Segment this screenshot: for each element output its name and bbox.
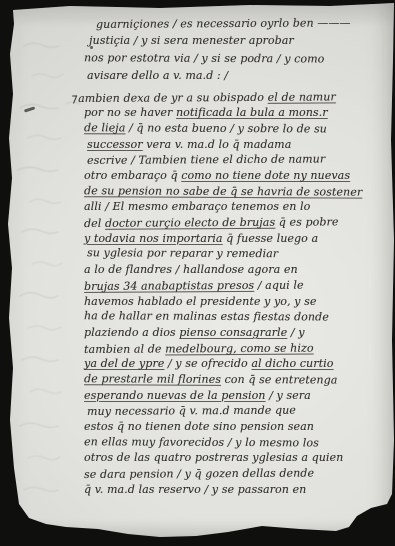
manuscript-line: escrive / Tambien tiene el dicho de namu… (84, 151, 392, 169)
manuscript-line: alli / El mesmo embaraço tenemos en lo (84, 199, 392, 215)
manuscript-line: tambien al de medelbourg, como se hizo (84, 340, 392, 358)
manuscript-text-segment: al dicho curtio (251, 357, 333, 370)
manuscript-text-segment: escrive / Tambien tiene el dicho de namu… (87, 153, 325, 167)
manuscript-text-segment: su yglesia por reparar y remediar (87, 247, 278, 261)
manuscript-page: guarniçiones / es necessario oyrlo ben —… (0, 0, 395, 546)
manuscript-text-segment: nos por estotra via / y si se podra / y … (84, 51, 324, 65)
manuscript-text-segment: del (84, 217, 105, 230)
manuscript-line: havemos hablado el presidente y yo, y se (84, 294, 392, 310)
manuscript-text-segment: q̄ v. ma.d las reservo / y se passaron e… (84, 483, 306, 496)
manuscript-text-segment: otro embaraço q̄ (84, 169, 181, 182)
manuscript-line: plaziendo a dios pienso consagrarle / y (84, 325, 392, 341)
manuscript-line: estos q̄ no tienen dote sino pension sea… (84, 419, 392, 435)
manuscript-text-segment: avisare dello a v. ma.d : / (87, 69, 228, 82)
manuscript-line: ⁊ambien dexa de yr a su obispado el de n… (84, 89, 392, 107)
manuscript-line: muy necessario q̄ v. ma.d mande que (84, 402, 392, 420)
manuscript-text-segment: / y (287, 326, 304, 339)
manuscript-line: se dara pension / y q̄ gozen dellas dend… (84, 465, 392, 483)
manuscript-text-segment: brujas 34 anabaptistas presos (84, 279, 254, 293)
manuscript-text-segment: otros de las quatro postreras yglesias a… (84, 451, 343, 464)
manuscript-line: ya del de ypre / y se ofrecido al dicho … (84, 356, 392, 372)
manuscript-line: justiçia / y si sera menester aprobar (84, 32, 392, 49)
manuscript-line: en ellas muy favorecidos / y lo mesmo lo… (84, 434, 392, 451)
manuscript-line: successor vera v. ma.d lo q̄ madama (84, 137, 392, 153)
manuscript-text-segment: ambien dexa de yr a su obispado (78, 90, 268, 104)
manuscript-text-segment: y todavia nos importaria (84, 232, 223, 245)
manuscript-text-segment: doctor curçio electo de brujas (105, 216, 275, 230)
photographed-book-background: guarniçiones / es necessario oyrlo ben —… (0, 0, 395, 546)
manuscript-text-segment: muy necessario q̄ v. ma.d mande que (87, 404, 296, 418)
manuscript-text-segment: q̄ fuesse luego a (223, 232, 319, 245)
manuscript-text-segment: / y sera (266, 389, 311, 402)
manuscript-line: brujas 34 anabaptistas presos / aqui le (84, 277, 392, 295)
manuscript-line: nos por estotra via / y si se podra / y … (84, 49, 392, 68)
manuscript-line: por no se haver notificada la bula a mon… (84, 105, 392, 121)
manuscript-line: de su pension no sabe de q̄ se havria de… (84, 183, 392, 200)
manuscript-line: q̄ v. ma.d las reservo / y se passaron e… (84, 482, 392, 498)
manuscript-line: ha de hallar en malinas estas fiestas do… (84, 308, 392, 325)
manuscript-text-segment: por no se haver (84, 106, 176, 119)
manuscript-text-segment: a lo de flandres / hallandose agora en (84, 263, 298, 276)
manuscript-line: a lo de flandres / hallandose agora en (84, 262, 392, 278)
manuscript-text-segment: notificada la bula a mons.r (176, 106, 328, 119)
manuscript-text-segment: / q̄ no esta bueno / y sobre lo de su (125, 121, 327, 135)
manuscript-line: esperando nuevas de la pension / y sera (84, 388, 392, 404)
manuscript-text-segment: guarniçiones / es necessario oyrlo ben —… (96, 16, 351, 31)
manuscript-text-segment: successor (87, 138, 143, 151)
manuscript-line: guarniçiones / es necessario oyrlo ben —… (84, 14, 392, 33)
manuscript-text-segment: / y se ofrecido (164, 357, 251, 370)
manuscript-text-segment: havemos hablado el presidente y yo, y se (84, 295, 316, 308)
manuscript-text-segment: esperando nuevas de la pension (84, 389, 266, 402)
manuscript-text-segment: como no tiene dote ny nuevas (181, 169, 350, 182)
manuscript-text-segment: se dara pension / y q̄ gozen dellas dend… (84, 467, 314, 481)
manuscript-line: otro embaraço q̄ como no tiene dote ny n… (84, 168, 392, 184)
manuscript-text-segment: con q̄ se entretenga (221, 373, 338, 387)
manuscript-text-segment: ha de hallar en malinas estas fiestas do… (84, 309, 329, 323)
manuscript-text-segment: de su pension no sabe de q̄ se havria de… (84, 184, 362, 198)
manuscript-text-segment: ya del de ypre (84, 357, 164, 370)
manuscript-text-segment: estos q̄ no tienen dote sino pension sea… (84, 420, 314, 433)
manuscript-line: su yglesia por reparar y remediar (84, 246, 392, 263)
manuscript-lines: guarniçiones / es necessario oyrlo ben —… (84, 15, 392, 497)
manuscript-line: avisare dello a v. ma.d : / (84, 67, 392, 84)
manuscript-text-segment: alli / El mesmo embaraço tenemos en lo (84, 200, 310, 213)
manuscript-text-segment: en ellas muy favorecidos / y lo mesmo lo… (84, 435, 319, 449)
manuscript-text-segment: justiçia / y si sera menester aprobar (89, 34, 294, 47)
manuscript-text-segment: de prestarle mil florines (84, 372, 221, 386)
manuscript-text-segment: el de namur (268, 90, 336, 103)
manuscript-text-segment: / aqui le (254, 278, 304, 291)
manuscript-line: del doctor curçio electo de brujas q̄ es… (84, 214, 392, 232)
manuscript-text-segment: de lieja (84, 121, 125, 134)
manuscript-text-segment: vera v. ma.d lo q̄ madama (143, 138, 292, 151)
manuscript-text-segment: pienso consagrarle (179, 326, 287, 339)
manuscript-text-segment: medelbourg, como se hizo (165, 341, 314, 355)
manuscript-text-segment: q̄ es pobre (275, 215, 338, 228)
manuscript-line: otros de las quatro postreras yglesias a… (84, 450, 392, 466)
manuscript-text-segment: plaziendo a dios (84, 326, 179, 339)
manuscript-text-segment: tambien al de (84, 342, 165, 355)
manuscript-line: de lieja / q̄ no esta bueno / y sobre lo… (84, 120, 392, 137)
manuscript-line: y todavia nos importaria q̄ fuesse luego… (84, 231, 392, 247)
manuscript-line: de prestarle mil florines con q̄ se entr… (84, 371, 392, 388)
